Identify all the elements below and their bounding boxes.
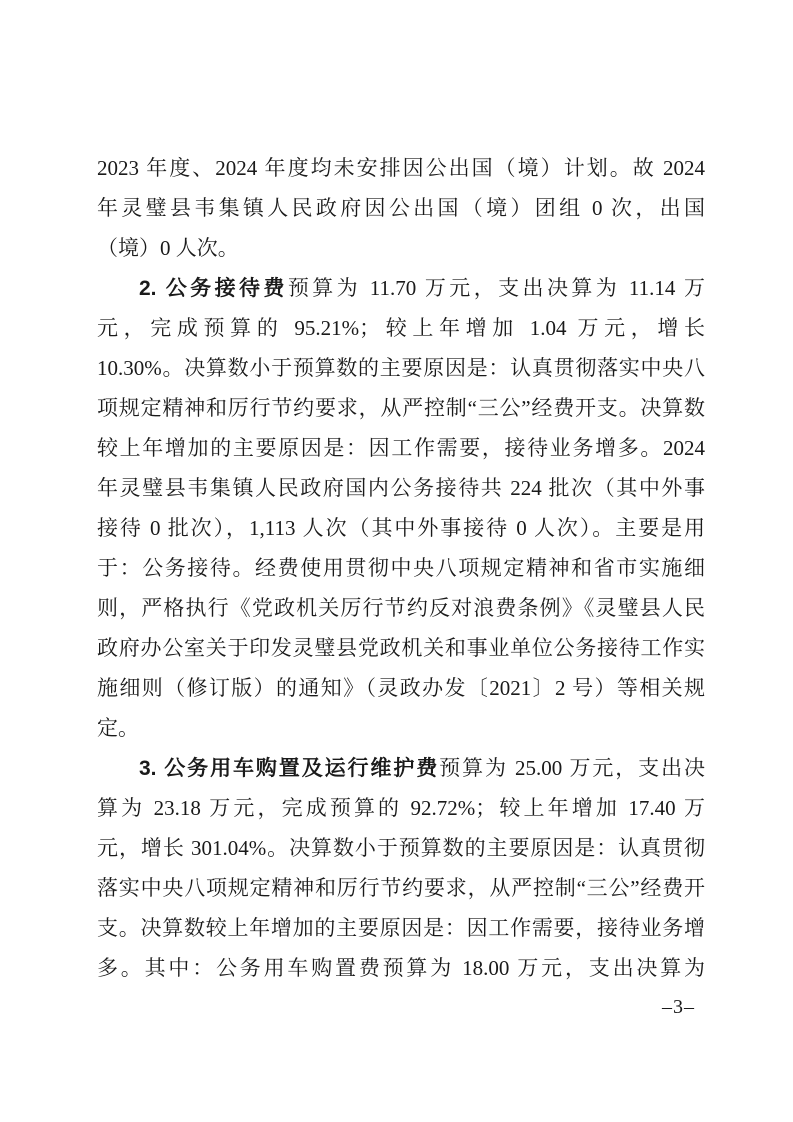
text-segment: 预算为 11.70 万元，支出决算为 11.14 万 [288,276,705,300]
text-line: 2023 年度、2024 年度均未安排因公出国（境）计划。故 2024 [97,148,705,188]
section-2-heading: 2. 公务接待费 [139,277,288,300]
text-line: 项规定精神和厉行节约要求，从严控制“三公”经费开支。决算数 [97,388,705,428]
text-line: 于：公务接待。经费使用贯彻中央八项规定精神和省市实施细 [97,548,705,588]
text-segment: 预算为 25.00 万元，支出决 [439,756,705,780]
text-line: 政府办公室关于印发灵璧县党政机关和事业单位公务接待工作实 [97,628,705,668]
text-line: 接待 0 批次），1,113 人次（其中外事接待 0 人次）。主要是用 [97,508,705,548]
document-page: 2023 年度、2024 年度均未安排因公出国（境）计划。故 2024 年灵璧县… [0,0,793,1122]
section-3-heading: 3. 公务用车购置及运行维护费 [139,757,439,780]
text-line: 支。决算数较上年增加的主要原因是：因工作需要，接待业务增 [97,908,705,948]
text-line: 元，增长 301.04%。决算数小于预算数的主要原因是：认真贯彻 [97,828,705,868]
text-line: 多。其中：公务用车购置费预算为 18.00 万元，支出决算为 [97,948,705,988]
text-line: 10.30%。决算数小于预算数的主要原因是：认真贯彻落实中央八 [97,348,705,388]
text-line: 施细则（修订版）的通知》（灵政办发〔2021〕2 号）等相关规 [97,668,705,708]
text-line: 则，严格执行《党政机关厉行节约反对浪费条例》《灵璧县人民 [97,588,705,628]
document-body: 2023 年度、2024 年度均未安排因公出国（境）计划。故 2024 年灵璧县… [97,148,705,988]
text-line: （境）0 人次。 [97,228,705,268]
text-line: 定。 [97,708,705,748]
text-line: 2. 公务接待费预算为 11.70 万元，支出决算为 11.14 万 [97,268,705,308]
text-line: 元，完成预算的 95.21%；较上年增加 1.04 万元，增长 [97,308,705,348]
text-line: 3. 公务用车购置及运行维护费预算为 25.00 万元，支出决 [97,748,705,788]
page-number: –3– [662,995,695,1019]
text-line: 落实中央八项规定精神和厉行节约要求，从严控制“三公”经费开 [97,868,705,908]
text-line: 年灵璧县韦集镇人民政府因公出国（境）团组 0 次，出国 [97,188,705,228]
text-line: 算为 23.18 万元，完成预算的 92.72%；较上年增加 17.40 万 [97,788,705,828]
text-line: 较上年增加的主要原因是：因工作需要，接待业务增多。2024 [97,428,705,468]
text-line: 年灵璧县韦集镇人民政府国内公务接待共 224 批次（其中外事 [97,468,705,508]
